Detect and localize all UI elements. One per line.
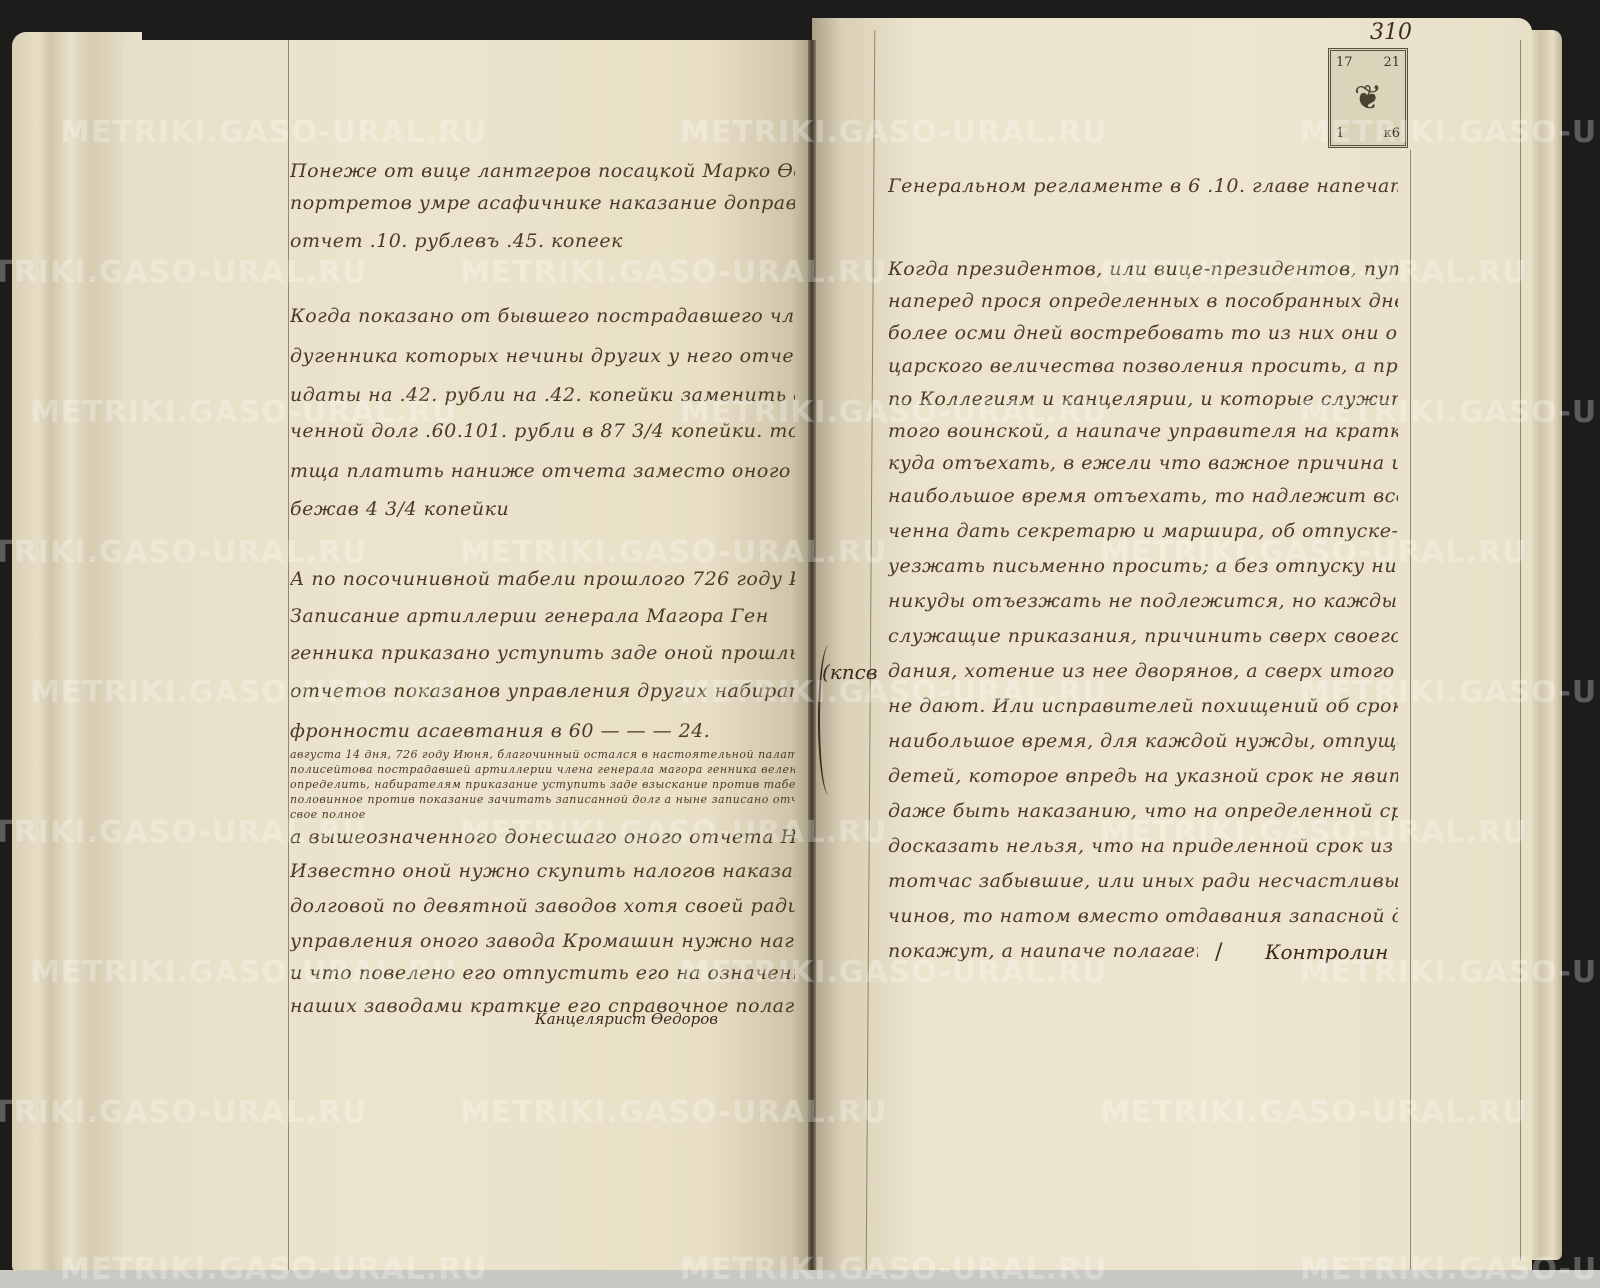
text-line: Записание артиллерии генерала Магора Ген: [290, 605, 795, 627]
text-line: фронности асаевтания в 60 — — — 24.: [290, 720, 795, 742]
left-margin-rule: [288, 40, 289, 1270]
text-line: Понеже от вице лантгеров посацкой Марко …: [290, 160, 795, 182]
text-line-small: полисейтова пострадавшей артиллерии член…: [290, 763, 795, 776]
text-line: царского величества позволения просить, …: [888, 355, 1398, 377]
watermark: METRIKI.GASO-URAL.RU: [1300, 395, 1600, 430]
text-line: генника приказано уступить заде оной про…: [290, 642, 795, 664]
text-line: дугенника которых нечины других у него о…: [290, 345, 795, 367]
watermark: METRIKI.GASO-URAL.RU: [0, 535, 368, 570]
text-line-small: определить, набирателям приказание уступ…: [290, 778, 795, 791]
text-line: портретов умре асафичнике наказание допр…: [290, 192, 795, 214]
watermark: METRIKI.GASO-URAL.RU: [0, 255, 368, 290]
stamp-year-right: 21: [1383, 55, 1400, 70]
signature-left: Канцелярист Ѳедоров: [535, 1010, 718, 1028]
text-line: Генеральном регламенте в 6 .10. главе на…: [888, 175, 1398, 197]
watermark: METRIKI.GASO-URAL.RU: [1100, 535, 1528, 570]
book-spread: 310 17 21 ❦ 1 к6 Понеже от вице лантгеро…: [0, 0, 1600, 1288]
watermark: METRIKI.GASO-URAL.RU: [30, 675, 458, 710]
text-line: куда отъехать, в ежели что важное причин…: [888, 452, 1398, 474]
text-line: Известно оной нужно скупить налогов нака…: [290, 860, 795, 882]
text-line: никуды отъезжать не подлежится, но кажды…: [888, 590, 1398, 612]
watermark: METRIKI.GASO-URAL.RU: [1100, 1095, 1528, 1130]
watermark: METRIKI.GASO-URAL.RU: [30, 955, 458, 990]
text-line-small: половинное против показание зачитать зап…: [290, 793, 795, 806]
watermark: METRIKI.GASO-URAL.RU: [1100, 815, 1528, 850]
watermark: METRIKI.GASO-URAL.RU: [1100, 255, 1528, 290]
text-line: тотчас забывшие, или иных ради несчастли…: [888, 870, 1398, 892]
watermark: METRIKI.GASO-URAL.RU: [680, 395, 1108, 430]
watermark: METRIKI.GASO-URAL.RU: [1300, 1252, 1600, 1287]
watermark: METRIKI.GASO-URAL.RU: [460, 535, 888, 570]
text-line: детей, которое впредь на указной срок не…: [888, 765, 1398, 787]
text-line: управления оного завода Кромашин нужно н…: [290, 930, 795, 952]
text-line: наибольшое время отъехать, то надлежит в…: [888, 485, 1398, 507]
right-edge-rule: [1520, 40, 1521, 1260]
watermark: METRIKI.GASO-URAL.RU: [680, 1252, 1108, 1287]
watermark: METRIKI.GASO-URAL.RU: [60, 1252, 488, 1287]
watermark: METRIKI.GASO-URAL.RU: [460, 255, 888, 290]
watermark: METRIKI.GASO-URAL.RU: [680, 115, 1108, 150]
text-line: служащие приказания, причинить сверх сво…: [888, 625, 1398, 647]
text-line: Когда показано от бывшего пострадавшего …: [290, 305, 795, 327]
folio-number: 310: [1370, 20, 1412, 45]
stamp-year-left: 17: [1336, 55, 1353, 70]
text-line: долговой по девятной заводов хотя своей …: [290, 895, 795, 917]
watermark: METRIKI.GASO-URAL.RU: [0, 815, 368, 850]
watermark: METRIKI.GASO-URAL.RU: [460, 1095, 888, 1130]
text-line: наибольшое время, для каждой нужды, отпу…: [888, 730, 1398, 752]
double-headed-eagle-icon: ❦: [1354, 81, 1383, 115]
watermark: METRIKI.GASO-URAL.RU: [1300, 675, 1600, 710]
watermark: METRIKI.GASO-URAL.RU: [0, 1095, 368, 1130]
watermark: METRIKI.GASO-URAL.RU: [60, 115, 488, 150]
watermark: METRIKI.GASO-URAL.RU: [680, 955, 1108, 990]
watermark: METRIKI.GASO-URAL.RU: [680, 675, 1108, 710]
text-line-small: августа 14 дня, 726 году Июня, благочинн…: [290, 748, 795, 761]
text-line: чинов, то натом вместо отдавания запасно…: [888, 905, 1398, 927]
text-line: бежав 4 3/4 копейки: [290, 498, 795, 520]
text-line: отчет .10. рублевъ .45. копеек: [290, 230, 795, 252]
text-line: А по посочинивной табели прошлого 726 го…: [290, 568, 795, 590]
watermark: METRIKI.GASO-URAL.RU: [1300, 115, 1600, 150]
watermark: METRIKI.GASO-URAL.RU: [30, 395, 458, 430]
watermark: METRIKI.GASO-URAL.RU: [460, 815, 888, 850]
book-gutter: [808, 40, 816, 1270]
text-line: тща платить наниже отчета заместо оного …: [290, 460, 795, 482]
watermark: METRIKI.GASO-URAL.RU: [1300, 955, 1600, 990]
slash-mark: /: [1215, 940, 1222, 965]
text-line: наперед прося определенных в пособранных…: [888, 290, 1398, 312]
text-line: более осми дней востребовать то из них о…: [888, 322, 1398, 344]
